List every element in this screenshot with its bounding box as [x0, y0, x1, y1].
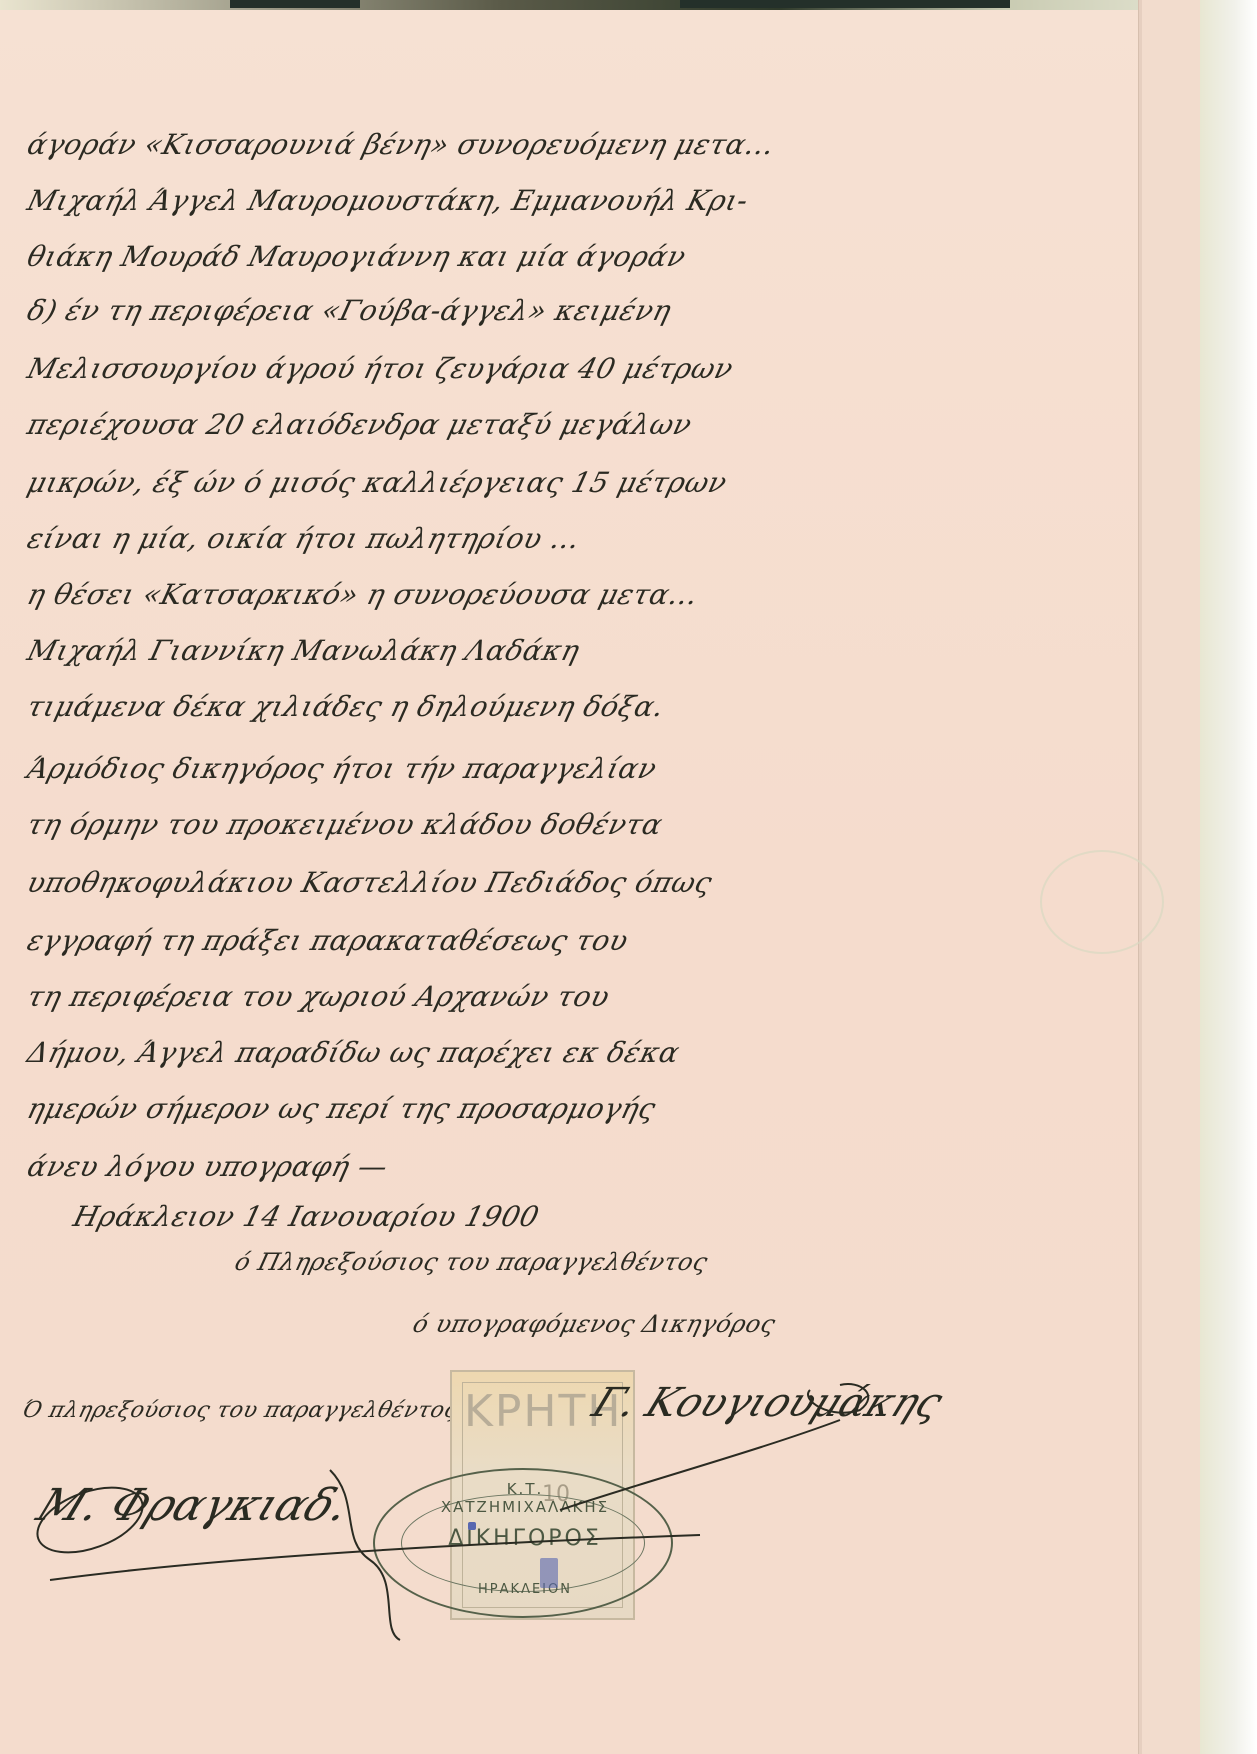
body-line-16: τη περιφέρεια του χωριού Αρχανών του [24, 980, 613, 1013]
signature-left: Μ. Φραγκιαδ. [30, 1480, 358, 1531]
closing-line-1: ό Πληρεξούσιος του παραγγελθέντος [232, 1248, 711, 1276]
seal-bottom-text: ΗΡΑΚΛΕΙΟΝ [435, 1582, 615, 1597]
left-attestation: Ό πληρεξούσιος του παραγγελθέντος [20, 1398, 460, 1423]
body-line-10: Μιχαήλ Γιαννίκη Μανωλάκη Λαδάκη [24, 634, 583, 667]
body-line-6: περιέχουσα 20 ελαιόδενδρα μεταξύ μεγάλων [24, 408, 695, 441]
body-line-5: Μελισσουργίου άγρού ήτοι ζευγάρια 40 μέτ… [24, 352, 737, 385]
body-line-3: θιάκη Μουράδ Μαυρογιάννη και μία άγοράν [24, 240, 689, 273]
scanner-edge [1200, 0, 1257, 1754]
body-line-12: Άρμόδιος δικηγόρος ήτοι τήν παραγγελίαν [24, 752, 660, 785]
seal-middle-text: ΔΙΚΗΓΟΡΟΣ [435, 1526, 615, 1551]
signature-right: Γ. Κουγιουμάκης [586, 1380, 950, 1426]
body-line-9: η θέσει «Κατσαρκικό» η συνορεύουσα μετα.… [24, 578, 702, 611]
body-line-15: εγγραφή τη πράξει παρακαταθέσεως του [24, 924, 632, 957]
top-edge-shadow [0, 0, 1257, 10]
body-line-13: τη όρμην του προκειμένου κλάδου δοθέντα [24, 808, 666, 841]
body-line-19: άνευ λόγου υπογραφή — [24, 1150, 391, 1183]
body-line-14: υποθηκοφυλάκιου Καστελλίου Πεδιάδος όπως [24, 866, 716, 899]
body-line-4: δ) έν τη περιφέρεια «Γούβα-άγγελ» κειμέν… [24, 294, 675, 327]
faint-embossed-seal [1040, 850, 1164, 954]
body-line-1: άγοράν «Κισσαρουνιά βένη» συνορευόμενη μ… [24, 128, 778, 161]
body-line-17: Δήμου, Άγγελ παραδίδω ως παρέχει εκ δέκα [24, 1036, 683, 1069]
seal-top-text: Κ.Τ. ΧΑΤΖΗΜΙΧΑΛΑΚΗΣ [435, 1480, 615, 1516]
body-line-11: τιμάμενα δέκα χιλιάδες η δηλούμενη δόξα. [24, 690, 668, 723]
body-line-18: ημερών σήμερον ως περί της προσαρμογής [24, 1092, 659, 1125]
lawyer-seal: Κ.Τ. ΧΑΤΖΗΜΙΧΑΛΑΚΗΣ ΔΙΚΗΓΟΡΟΣ ΗΡΑΚΛΕΙΟΝ [373, 1468, 673, 1618]
blue-ink-mark [540, 1558, 558, 1588]
date-line: Ηράκλειον 14 Ιανουαρίου 1900 [70, 1200, 543, 1233]
body-line-8: είναι η μία, οικία ήτοι πωλητηρίου ... [24, 522, 584, 555]
body-line-2: Μιχαήλ Άγγελ Μαυρομουστάκη, Εμμανουήλ Κρ… [24, 184, 752, 217]
closing-line-2: ό υπογραφόμενος Δικηγόρος [410, 1310, 779, 1338]
body-line-7: μικρών, έξ ών ό μισός καλλιέργειας 15 μέ… [24, 466, 730, 499]
blue-ink-mark [468, 1522, 476, 1530]
